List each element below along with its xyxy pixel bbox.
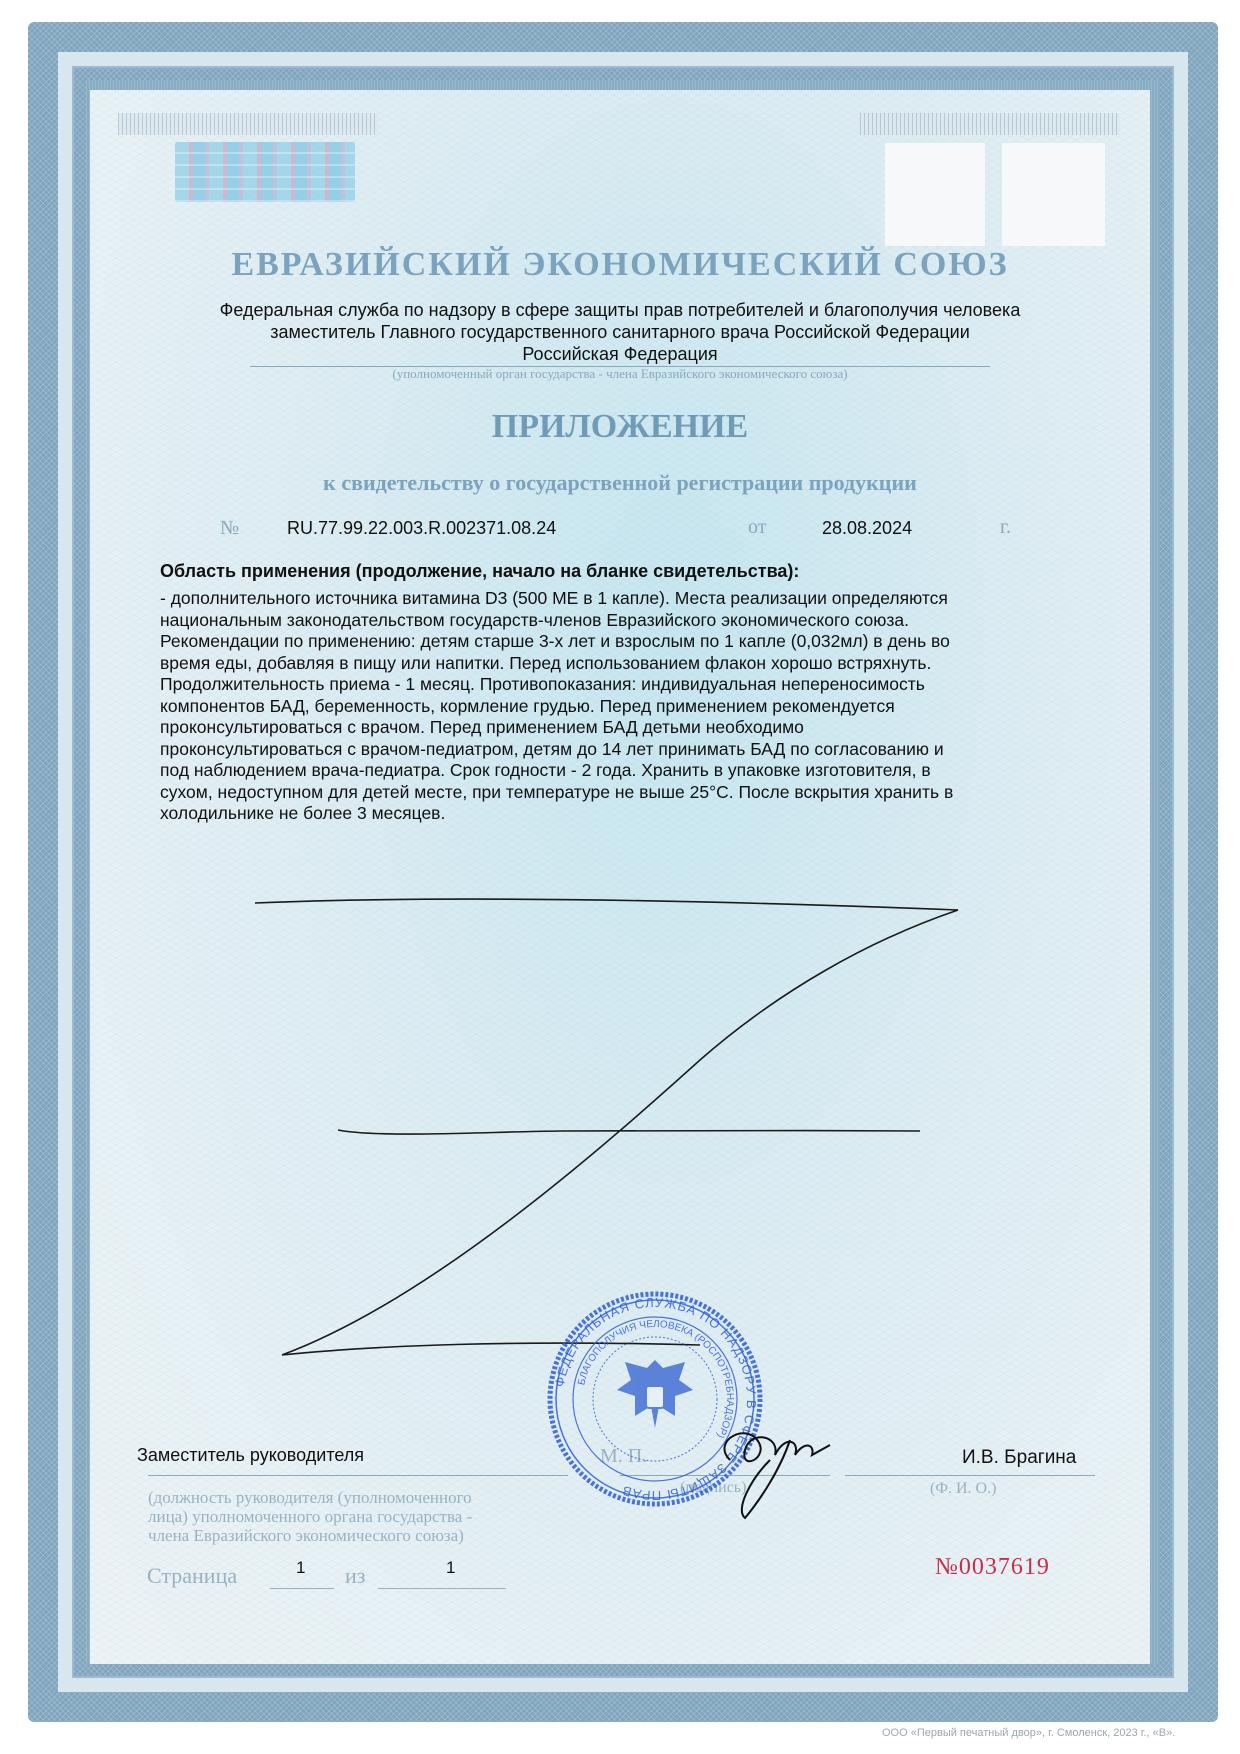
position-caption-line: (должность руководителя (уполномоченного	[148, 1488, 568, 1507]
of-label: из	[345, 1563, 365, 1589]
position-caption-line: лица) уполномоченного органа государства…	[148, 1507, 568, 1526]
page-underline	[270, 1588, 334, 1589]
total-underline	[378, 1588, 506, 1589]
page-label: Страница	[147, 1563, 237, 1589]
page-total: 1	[446, 1558, 455, 1578]
position-caption: (должность руководителя (уполномоченного…	[148, 1488, 568, 1545]
name-underline	[845, 1475, 1095, 1476]
position-underline	[148, 1475, 568, 1476]
signature-scribble	[690, 1400, 870, 1520]
signatory-name: И.В. Брагина	[962, 1447, 1076, 1469]
page-number: 1	[296, 1558, 305, 1578]
position-caption-line: члена Евразийского экономического союза)	[148, 1526, 568, 1545]
name-caption: (Ф. И. О.)	[930, 1480, 996, 1498]
printer-imprint: ООО «Первый печатный двор», г. Смоленск,…	[882, 1727, 1175, 1739]
signatory-position: Заместитель руководителя	[137, 1445, 364, 1466]
blank-serial-number: №0037619	[935, 1554, 1050, 1581]
